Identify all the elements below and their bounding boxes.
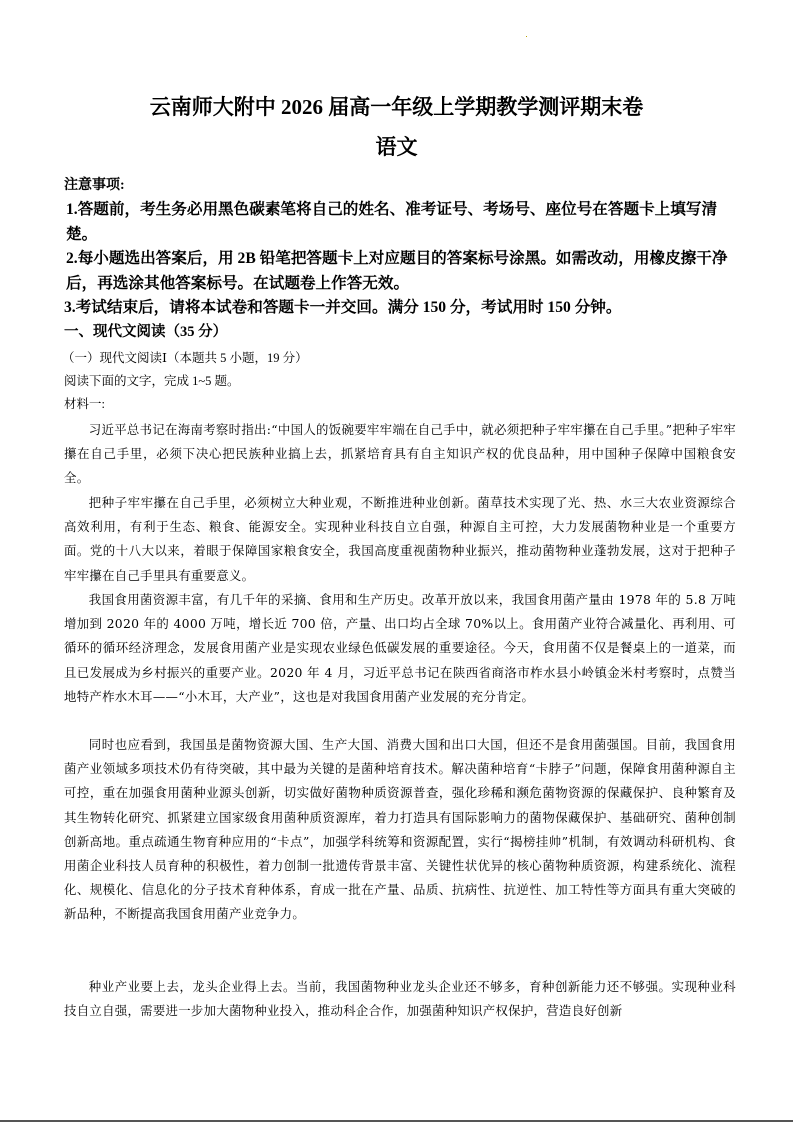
paragraph-text: 把种子牢牢攥在自己手里，必须树立大种业观，不断推进种业创新。菌草技术实现了光、热…	[64, 491, 736, 588]
subject-title: 语文	[0, 131, 793, 161]
paragraph-1: 习近平总书记在海南考察时指出:“中国人的饭碗要牢牢端在自己手中，就必须把种子牢牢…	[64, 418, 736, 491]
paragraph-text: 种业产业要上去，龙头企业得上去。当前，我国菌物种业龙头企业还不够多，育种创新能力…	[64, 975, 736, 1023]
section-heading: 一、现代文阅读（35 分）	[64, 320, 227, 341]
exam-title: 云南师大附中 2026 届高一年级上学期教学测评期末卷	[0, 91, 793, 121]
paragraph-text: 习近平总书记在海南考察时指出:“中国人的饭碗要牢牢端在自己手中，就必须把种子牢牢…	[64, 418, 736, 491]
exam-page: 云南师大附中 2026 届高一年级上学期教学测评期末卷 语文 注意事项: 1.答…	[0, 0, 793, 1122]
notice-item-3: 3.考试结束后，请将本试卷和答题卡一并交回。满分 150 分，考试用时 150 …	[64, 296, 744, 321]
paragraph-text: 我国食用菌资源丰富，有几千年的采摘、食用和生产历史。改革开放以来，我国食用菌产量…	[64, 588, 736, 709]
subsection-heading: （一）现代文阅读Ⅰ（本题共 5 小题，19 分）	[62, 348, 308, 366]
reading-instruction: 阅读下面的文字，完成 1~5 题。	[64, 371, 240, 389]
paragraph-text: 同时也应看到，我国虽是菌物资源大国、生产大国、消费大国和出口大国，但还不是食用菌…	[64, 733, 736, 927]
paragraph-2: 把种子牢牢攥在自己手里，必须树立大种业观，不断推进种业创新。菌草技术实现了光、热…	[64, 491, 736, 588]
paragraph-3: 我国食用菌资源丰富，有几千年的采摘、食用和生产历史。改革开放以来，我国食用菌产量…	[64, 588, 736, 709]
material-label: 材料一:	[64, 394, 105, 412]
paragraph-5: 种业产业要上去，龙头企业得上去。当前，我国菌物种业龙头企业还不够多，育种创新能力…	[64, 975, 736, 1023]
stray-mark	[526, 36, 527, 37]
notice-heading: 注意事项:	[64, 174, 744, 194]
notice-item-2: 2.每小题选出答案后，用 2B 铅笔把答题卡上对应题目的答案标号涂黑。如需改动，…	[66, 247, 746, 296]
notice-item-1: 1.答题前，考生务必用黑色碳素笔将自己的姓名、准考证号、考场号、座位号在答题卡上…	[66, 198, 746, 247]
paragraph-4: 同时也应看到，我国虽是菌物资源大国、生产大国、消费大国和出口大国，但还不是食用菌…	[64, 733, 736, 927]
